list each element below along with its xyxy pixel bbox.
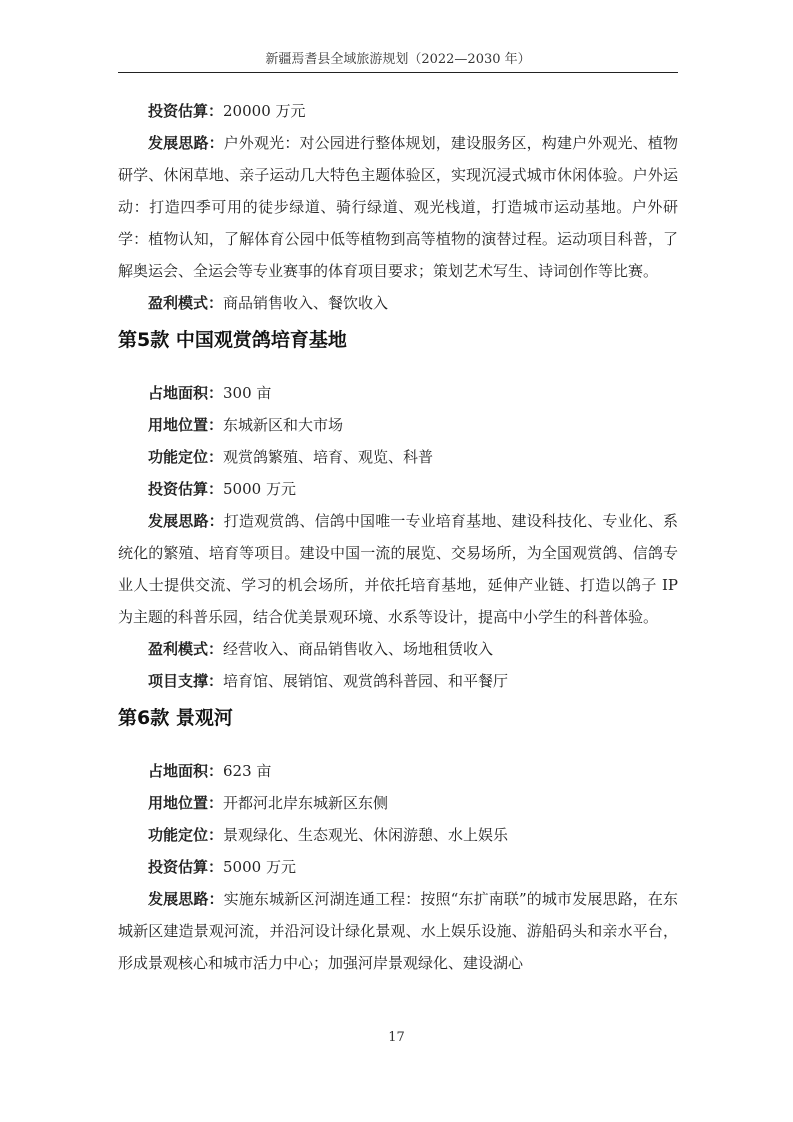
development-paragraph: 发展思路：实施东城新区河湖连通工程：按照“东扩南联”的城市发展思路，在东城新区建…: [118, 883, 678, 979]
page-number: 17: [0, 1030, 793, 1045]
running-header: 新疆焉耆县全域旅游规划（2022—2030 年）: [118, 48, 678, 67]
profit-line: 盈利模式：经营收入、商品销售收入、场地租赁收入: [118, 633, 678, 665]
investment-line: 投资估算：5000 万元: [118, 473, 678, 505]
function-line: 功能定位：景观绿化、生态观光、休闲游憩、水上娱乐: [118, 819, 678, 851]
area-line: 占地面积：623 亩: [118, 755, 678, 787]
support-line: 项目支撑：培育馆、展销馆、观赏鸽科普园、和平餐厅: [118, 665, 678, 697]
function-line: 功能定位：观赏鸽繁殖、培育、观览、科普: [118, 441, 678, 473]
header-divider: [118, 72, 678, 73]
location-line: 用地位置：东城新区和大市场: [118, 409, 678, 441]
area-line: 占地面积：300 亩: [118, 377, 678, 409]
development-paragraph: 发展思路：户外观光：对公园进行整体规划，建设服务区，构建户外观光、植物研学、休闲…: [118, 127, 678, 287]
location-line: 用地位置：开都河北岸东城新区东侧: [118, 787, 678, 819]
section-5-heading: 第5款 中国观赏鸽培育基地: [118, 325, 678, 355]
document-body: 投资估算：20000 万元 发展思路：户外观光：对公园进行整体规划，建设服务区，…: [118, 95, 678, 979]
section-6-heading: 第6款 景观河: [118, 703, 678, 733]
investment-line: 投资估算：20000 万元: [118, 95, 678, 127]
investment-line: 投资估算：5000 万元: [118, 851, 678, 883]
profit-line: 盈利模式：商品销售收入、餐饮收入: [118, 287, 678, 319]
development-paragraph: 发展思路：打造观赏鸽、信鸽中国唯一专业培育基地、建设科技化、专业化、系统化的繁殖…: [118, 505, 678, 633]
